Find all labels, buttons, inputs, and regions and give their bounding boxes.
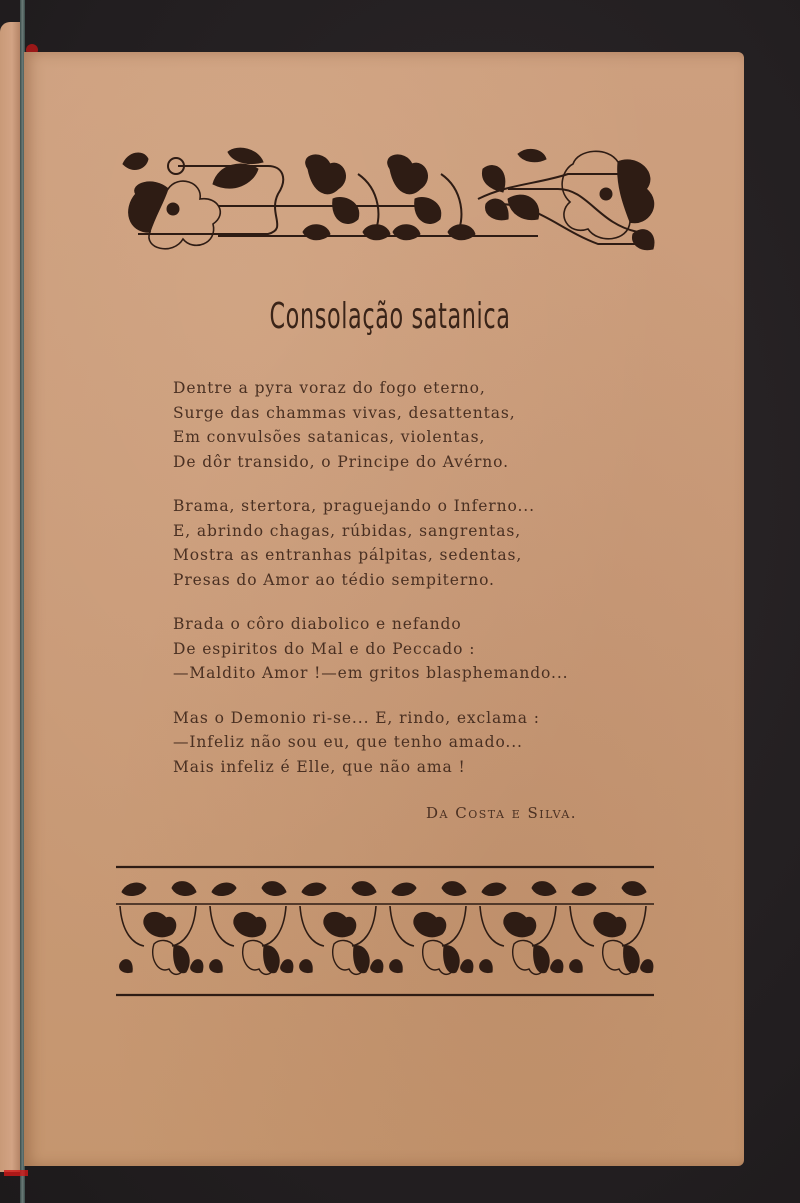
red-binding-mark: [4, 1170, 28, 1176]
poem-line: Brada o côro diabolico e nefando: [173, 612, 643, 637]
poem-line: E, abrindo chagas, rúbidas, sangrentas,: [173, 519, 643, 544]
poem-line: Em convulsões satanicas, violentas,: [173, 425, 643, 450]
poem-line: Mais infeliz é Elle, que não ama !: [173, 755, 643, 780]
poem-line: Mostra as entranhas pálpitas, sedentas,: [173, 543, 643, 568]
poem-line: Mas o Demonio ri-se... E, rindo, exclama…: [173, 706, 643, 731]
poem-line: —Maldito Amor !—em gritos blasphemando..…: [173, 661, 643, 686]
poem-line: —Infeliz não sou eu, que tenho amado...: [173, 730, 643, 755]
stanza-4: Mas o Demonio ri-se... E, rindo, exclama…: [173, 706, 643, 780]
stanza-2: Brama, stertora, praguejando o Inferno..…: [173, 494, 643, 592]
poem-line: Presas do Amor ao tédio sempiterno.: [173, 568, 643, 593]
poem-line: De espiritos do Mal e do Peccado :: [173, 637, 643, 662]
poem-line: Dentre a pyra voraz do fogo eterno,: [173, 376, 643, 401]
stanza-1: Dentre a pyra voraz do fogo eterno, Surg…: [173, 376, 643, 474]
poem-line: De dôr transido, o Principe do Avérno.: [173, 450, 643, 475]
poem-body: Dentre a pyra voraz do fogo eterno, Surg…: [173, 376, 643, 799]
floral-vignette-top-icon: [118, 144, 660, 260]
previous-page-edge: [0, 22, 20, 1172]
poem-author: Da Costa e Silva.: [426, 804, 577, 822]
floral-band-bottom-icon: [114, 864, 656, 998]
poem-line: Brama, stertora, praguejando o Inferno..…: [173, 494, 643, 519]
poem-title: Consolação satanica: [148, 296, 632, 337]
stanza-3: Brada o côro diabolico e nefando De espi…: [173, 612, 643, 686]
poem-line: Surge das chammas vivas, desattentas,: [173, 401, 643, 426]
